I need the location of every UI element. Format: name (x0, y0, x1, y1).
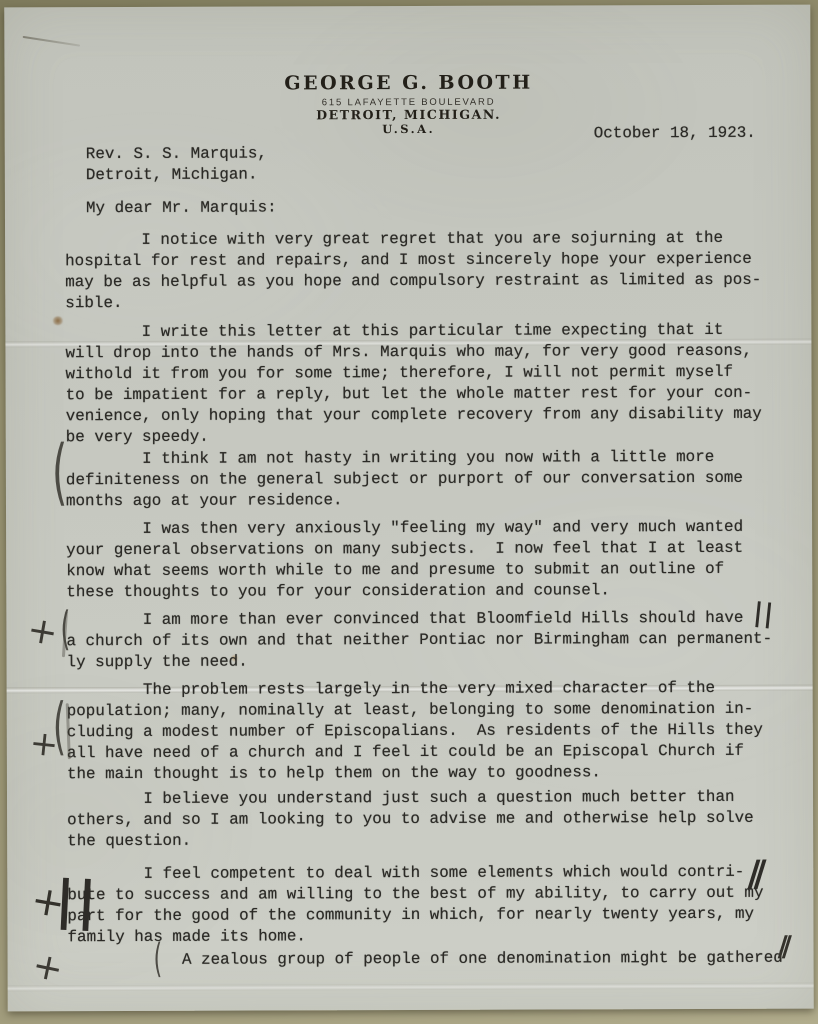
letterhead-city: DETROIT, MICHIGAN. (109, 107, 709, 123)
paragraph-1: I notice with very great regret that you… (65, 228, 761, 314)
letter-page: GEORGE G. BOOTH 615 LAFAYETTE BOULEVARD … (4, 5, 813, 1012)
margin-plus-mark: + (25, 612, 61, 653)
margin-plus-mark: + (28, 726, 60, 763)
fold-crease-bottom (8, 983, 814, 992)
recipient-address: Rev. S. S. Marquis, Detroit, Michigan. (86, 143, 267, 186)
paragraph-4: I was then very anxiously "feeling my wa… (66, 517, 743, 603)
paragraph-9: A zealous group of people of one denomin… (68, 948, 783, 971)
margin-plus-mark: + (28, 880, 68, 925)
letter-date: October 18, 1923. (594, 123, 756, 145)
paragraph-8: I feel competent to deal with some eleme… (67, 862, 763, 948)
paragraph-2: I write this letter at this particular t… (65, 320, 762, 448)
paper-stain (52, 316, 63, 325)
paragraph-5: I am more than ever convinced that Bloom… (66, 608, 772, 673)
letterhead-name: GEORGE G. BOOTH (108, 73, 708, 94)
paragraph-3: I think I am not hasty in writing you no… (66, 447, 743, 512)
margin-plus-mark: + (29, 948, 66, 989)
letterhead: GEORGE G. BOOTH 615 LAFAYETTE BOULEVARD … (108, 5, 708, 7)
paragraph-6: The problem rests largely in the very mi… (67, 678, 763, 785)
margin-brace-mark: ( (53, 695, 67, 757)
salutation: My dear Mr. Marquis: (86, 197, 277, 219)
paragraph-7: I believe you understand just such a que… (67, 787, 754, 852)
paper-scratch (23, 36, 81, 47)
